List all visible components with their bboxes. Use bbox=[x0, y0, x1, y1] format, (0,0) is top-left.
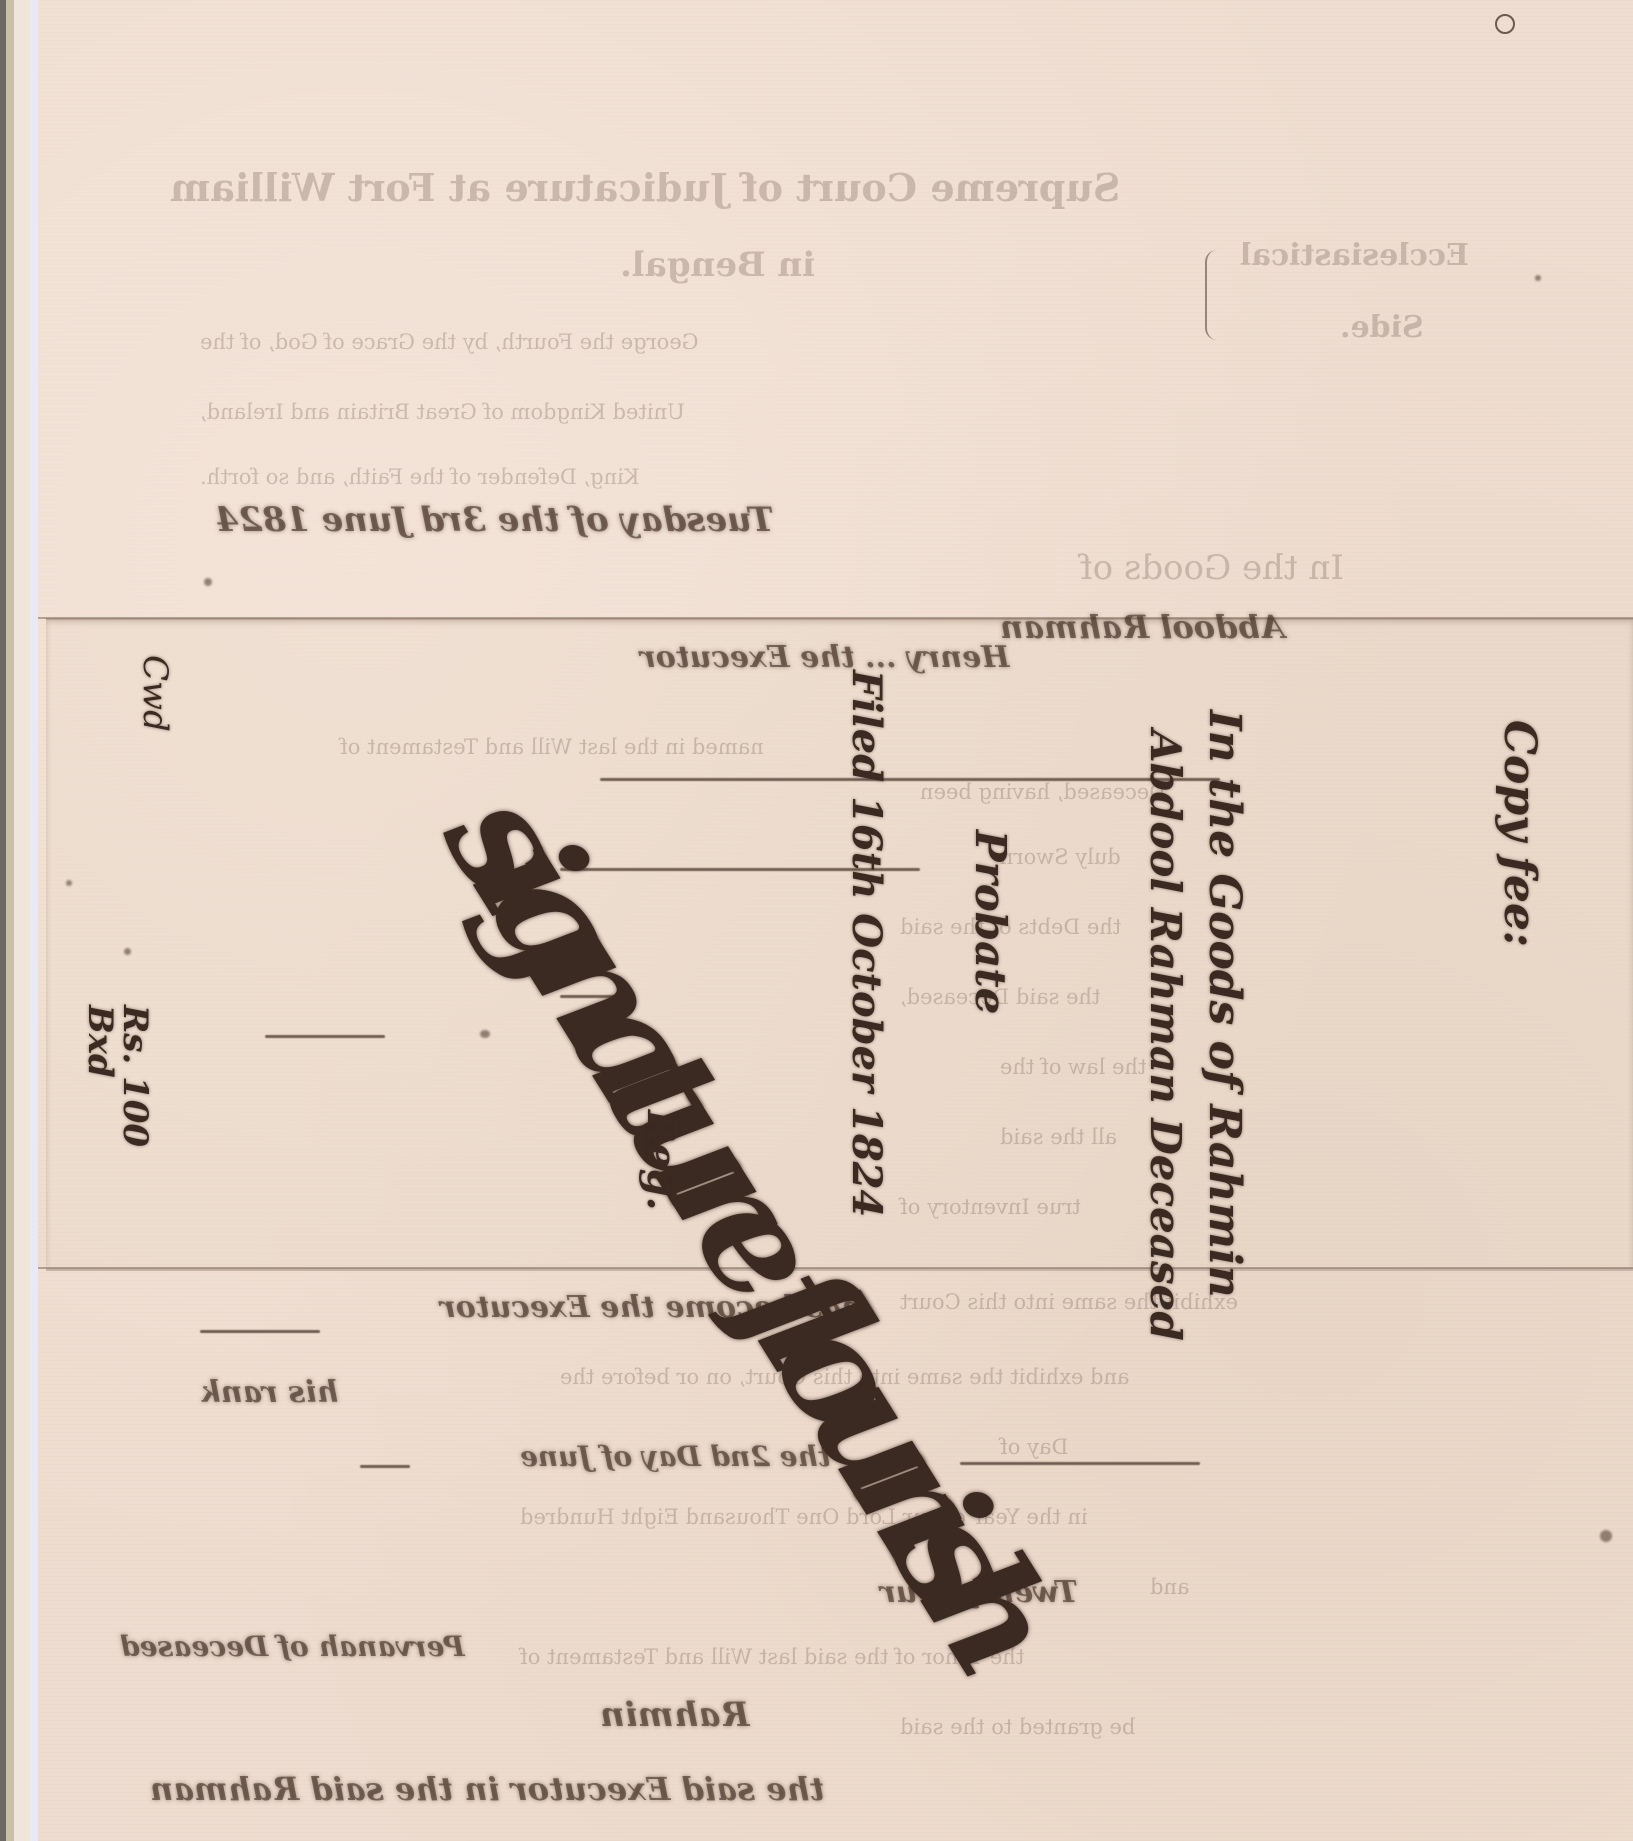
docket-probate: Probate bbox=[966, 830, 1015, 1014]
ruled-line bbox=[265, 1035, 385, 1038]
ruled-line bbox=[600, 778, 1220, 781]
docket-left-note-bottom-1: Rs. 100 bbox=[115, 1005, 155, 1147]
docket-left-note-bottom-2: Bxd bbox=[80, 1005, 120, 1078]
goods-heading: In the Goods of bbox=[1080, 548, 1344, 588]
ruled-line bbox=[360, 1465, 410, 1468]
form-line: be granted to the said bbox=[900, 1715, 1135, 1739]
docket-line-1: In the Goods of Rahmin bbox=[1199, 710, 1250, 1298]
document-sheet bbox=[38, 0, 1633, 1841]
bracket-mark bbox=[1205, 250, 1225, 340]
form-line: true Inventory of bbox=[900, 1195, 1081, 1219]
name-line-handwriting: Abdool Rahman bbox=[1000, 608, 1285, 646]
side-label-line1: Ecclesiastical bbox=[1240, 238, 1469, 273]
bottom-handwriting-line: his rank bbox=[200, 1375, 338, 1410]
form-line: Day of bbox=[1000, 1435, 1068, 1459]
punch-hole-icon bbox=[1495, 14, 1515, 34]
royal-line-1: George the Fourth, by the Grace of God, … bbox=[200, 330, 698, 354]
bottom-handwriting-line: the said Executor in the said Rahman bbox=[150, 1770, 824, 1808]
fold-line-upper bbox=[38, 617, 1633, 619]
form-line: all the said bbox=[1000, 1125, 1117, 1149]
bottom-handwriting-line: Pervanah of Deceased bbox=[120, 1630, 465, 1663]
executor-line-handwriting: Henry ... the Executor bbox=[640, 640, 1010, 675]
ink-spot bbox=[1600, 1530, 1612, 1542]
court-title: Supreme Court of Judicature at Fort Will… bbox=[170, 165, 1120, 210]
docket-left-note-top: Cwd bbox=[135, 655, 175, 732]
form-line: Deceased, having been bbox=[920, 780, 1166, 804]
royal-line-3: King, Defender of the Faith, and so fort… bbox=[200, 465, 640, 489]
ink-spot bbox=[1535, 275, 1541, 281]
side-label-line2: Side. bbox=[1340, 310, 1424, 345]
form-line: duly Sworn bbox=[1000, 845, 1121, 869]
middle-fold-panel bbox=[46, 618, 1633, 1271]
royal-line-2: United Kingdom of Great Britain and Irel… bbox=[200, 400, 685, 424]
date-line-handwriting: Tuesday of the 3rd June 1824 bbox=[215, 500, 774, 540]
ink-spot bbox=[66, 880, 72, 886]
court-title-line2: in Bengal. bbox=[620, 245, 815, 285]
docket-reg-mark: Reg. bbox=[638, 1110, 685, 1211]
form-line: named in the last Will and Testament of bbox=[340, 735, 764, 759]
ink-spot bbox=[204, 578, 212, 586]
ink-spot bbox=[480, 1030, 490, 1038]
ink-spot bbox=[124, 948, 131, 955]
docket-line-2: Abdool Rahman Deceased bbox=[1141, 730, 1190, 1341]
docket-right-note: Copy fee: bbox=[1494, 720, 1545, 947]
form-line: the law of the bbox=[1000, 1055, 1146, 1079]
ruled-line bbox=[200, 1330, 320, 1333]
docket-filed-date: Filed 16th October 1824 bbox=[843, 670, 890, 1217]
bottom-handwriting-line: Rahmin bbox=[600, 1695, 749, 1735]
form-line: and bbox=[1150, 1575, 1190, 1599]
